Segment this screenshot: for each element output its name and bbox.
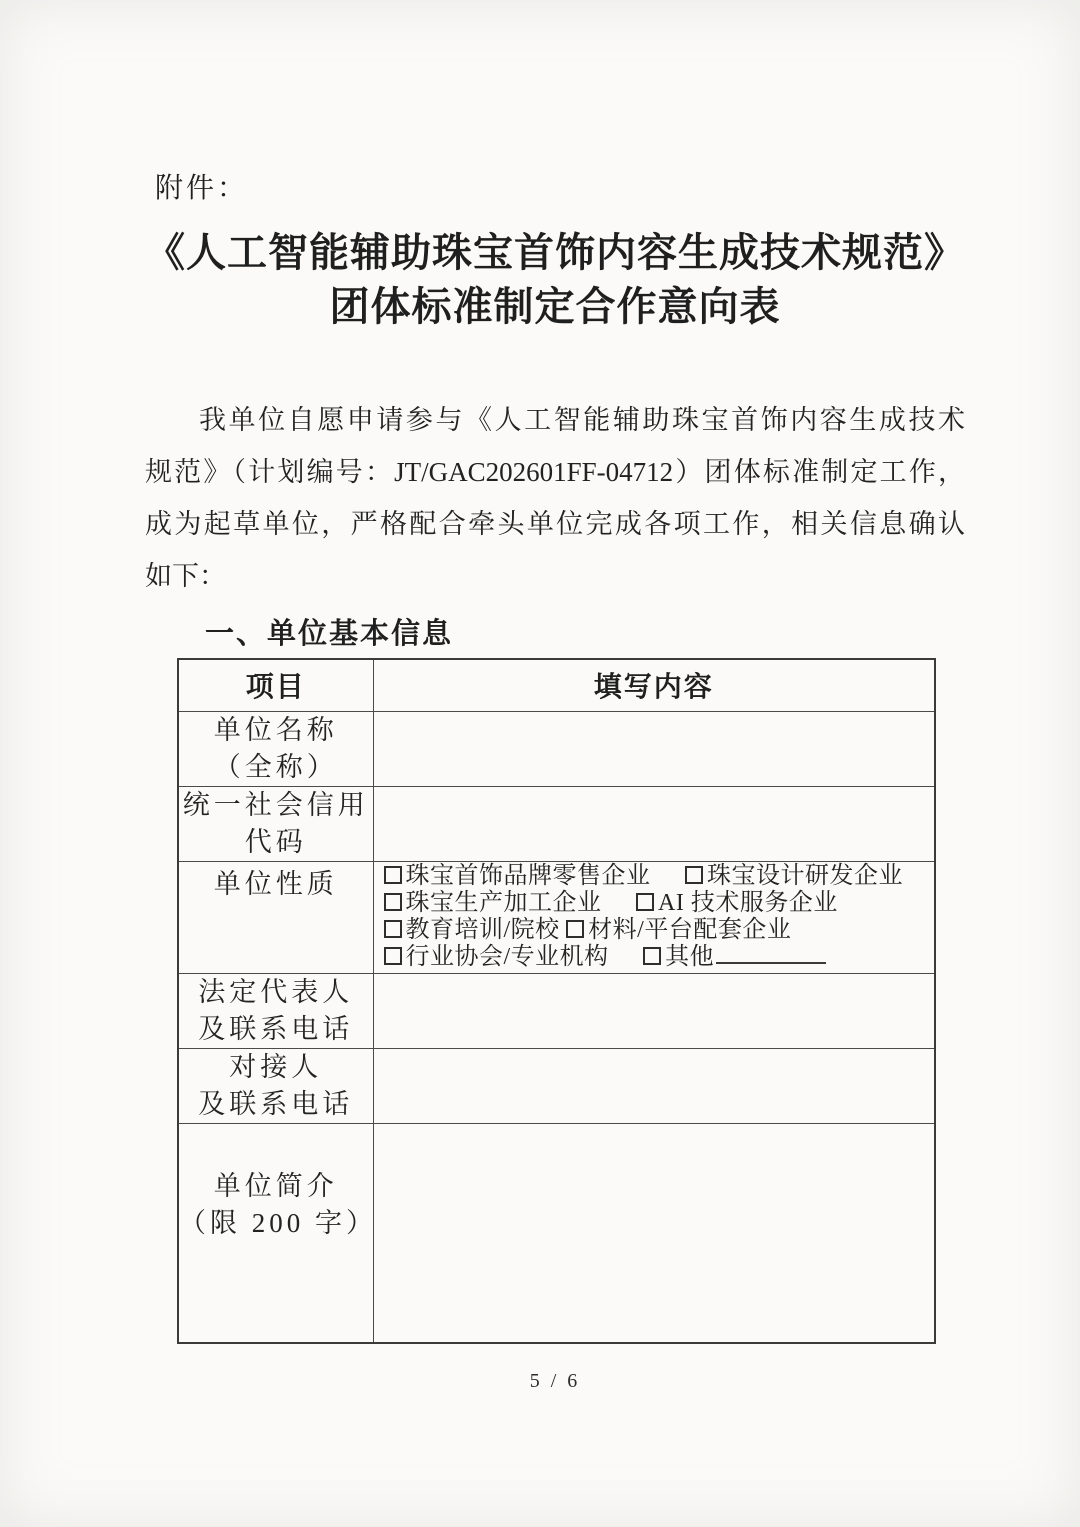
other-blank-underline[interactable] <box>716 958 826 964</box>
checkbox-icon[interactable] <box>384 893 402 911</box>
checkbox-icon[interactable] <box>643 947 661 965</box>
credit-code-label: 统一社会信用 代码 <box>178 786 373 861</box>
table-row-unit-profile: 单位简介 （限 200 字） <box>178 1123 935 1343</box>
unit-name-value-cell[interactable] <box>373 711 935 786</box>
attachment-label: 附件： <box>155 170 965 208</box>
checkbox-icon[interactable] <box>685 866 703 884</box>
unit-nature-label: 单位性质 <box>178 861 373 973</box>
document-page: 附件： 《人工智能辅助珠宝首饰内容生成技术规范》 团体标准制定合作意向表 我单位… <box>0 0 1080 1527</box>
intro-line: 我单位自愿申请参与《人工智能辅助珠宝首饰内容生成技术 <box>145 394 965 446</box>
checkbox-option-industry-association[interactable]: 行业协会/专业机构 <box>384 944 609 971</box>
checkbox-option-jewelry-design-rd[interactable]: 珠宝设计研发企业 <box>685 863 903 890</box>
document-title: 《人工智能辅助珠宝首饰内容生成技术规范》 团体标准制定合作意向表 <box>145 226 965 334</box>
contact-person-value-cell[interactable] <box>373 1048 935 1123</box>
option-label: 材料/平台配套企业 <box>588 917 791 943</box>
checkbox-option-other[interactable]: 其他 <box>643 944 826 971</box>
intro-line: 规范》（计划编号：JT/GAC202601FF-04712）团体标准制定工作， <box>145 446 965 498</box>
unit-profile-value-cell[interactable] <box>373 1123 935 1343</box>
option-label: 珠宝设计研发企业 <box>707 863 903 889</box>
checkbox-option-materials-platform[interactable]: 材料/平台配套企业 <box>566 917 791 944</box>
checkbox-icon[interactable] <box>384 947 402 965</box>
document-title-line2: 团体标准制定合作意向表 <box>145 280 965 334</box>
contact-person-label: 对接人 及联系电话 <box>178 1048 373 1123</box>
intro-line: 成为起草单位，严格配合牵头单位完成各项工作，相关信息确认 <box>145 498 965 550</box>
option-line: 珠宝首饰品牌零售企业 珠宝设计研发企业 <box>384 863 931 890</box>
option-label: 珠宝生产加工企业 <box>406 890 602 916</box>
option-line: 珠宝生产加工企业 AI 技术服务企业 <box>384 890 931 917</box>
option-label: AI 技术服务企业 <box>658 890 838 916</box>
intro-paragraph: 我单位自愿申请参与《人工智能辅助珠宝首饰内容生成技术 规范》（计划编号：JT/G… <box>145 394 965 602</box>
basic-info-table: 项目 填写内容 单位名称 （全称） 统一社会信用 代码 单位性质 珠宝首饰品牌 <box>177 658 936 1344</box>
page-number: 5 / 6 <box>145 1370 965 1393</box>
document-title-line1: 《人工智能辅助珠宝首饰内容生成技术规范》 <box>145 226 965 280</box>
option-line: 行业协会/专业机构 其他 <box>384 944 931 971</box>
checkbox-icon[interactable] <box>636 893 654 911</box>
checkbox-icon[interactable] <box>566 920 584 938</box>
option-line: 教育培训/院校 材料/平台配套企业 <box>384 917 931 944</box>
checkbox-icon[interactable] <box>384 866 402 884</box>
checkbox-option-jewelry-manufacturing[interactable]: 珠宝生产加工企业 <box>384 890 602 917</box>
unit-name-label: 单位名称 （全称） <box>178 711 373 786</box>
section-heading: 一、单位基本信息 <box>205 616 965 652</box>
checkbox-option-ai-tech-service[interactable]: AI 技术服务企业 <box>636 890 838 917</box>
option-label: 教育培训/院校 <box>406 917 560 943</box>
unit-nature-options-cell: 珠宝首饰品牌零售企业 珠宝设计研发企业 珠宝生产加工企业 AI 技术服务企业 教… <box>373 861 935 973</box>
checkbox-option-jewelry-retail[interactable]: 珠宝首饰品牌零售企业 <box>384 863 651 890</box>
table-row-legal-representative: 法定代表人 及联系电话 <box>178 973 935 1048</box>
table-header-row: 项目 填写内容 <box>178 659 935 711</box>
option-label: 行业协会/专业机构 <box>406 944 609 970</box>
table-row-unit-nature: 单位性质 珠宝首饰品牌零售企业 珠宝设计研发企业 珠宝生产加工企业 AI 技术服… <box>178 861 935 973</box>
column-header-content: 填写内容 <box>373 659 935 711</box>
legal-representative-value-cell[interactable] <box>373 973 935 1048</box>
checkbox-icon[interactable] <box>384 920 402 938</box>
checkbox-option-education-school[interactable]: 教育培训/院校 <box>384 917 560 944</box>
table-row-unit-name: 单位名称 （全称） <box>178 711 935 786</box>
credit-code-value-cell[interactable] <box>373 786 935 861</box>
option-label: 其他 <box>665 944 714 970</box>
legal-representative-label: 法定代表人 及联系电话 <box>178 973 373 1048</box>
table-row-contact-person: 对接人 及联系电话 <box>178 1048 935 1123</box>
table-row-credit-code: 统一社会信用 代码 <box>178 786 935 861</box>
intro-line: 如下： <box>145 550 965 602</box>
option-label: 珠宝首饰品牌零售企业 <box>406 863 651 889</box>
column-header-item: 项目 <box>178 659 373 711</box>
unit-profile-label: 单位简介 （限 200 字） <box>178 1123 373 1343</box>
